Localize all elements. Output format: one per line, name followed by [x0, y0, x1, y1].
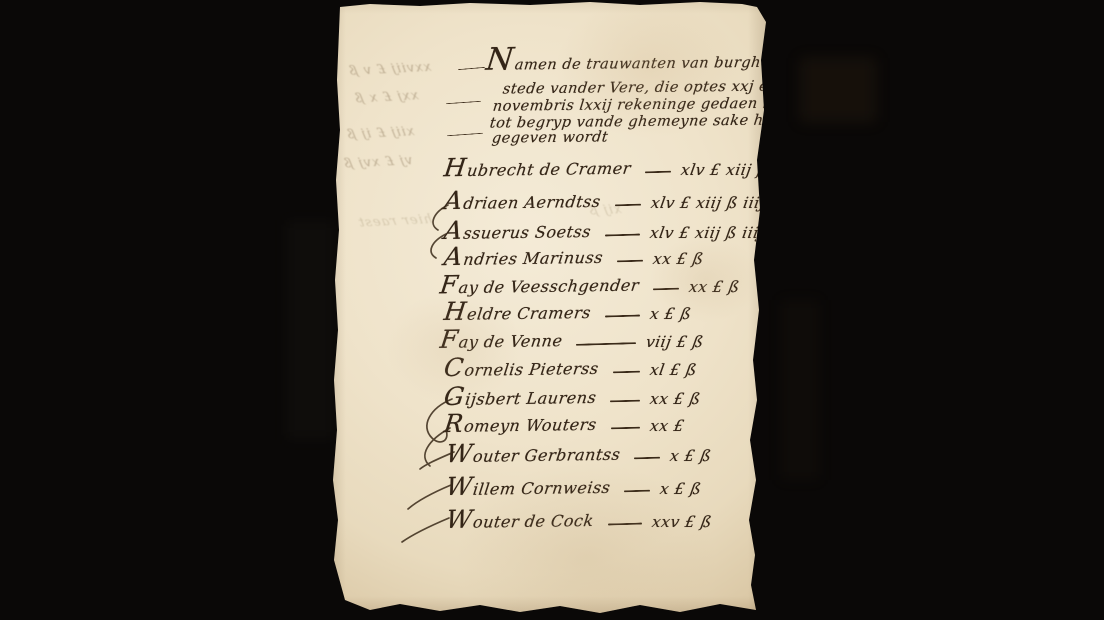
payer-name: Cornelis Pieterss [443, 359, 600, 380]
header-line: stede vander Vere, die optes xxj en [502, 79, 779, 98]
payer-name: Gijsbert Laurens [443, 388, 598, 409]
amount-value: viij £ ß [645, 333, 755, 351]
leader-line [576, 342, 636, 346]
leader-line [608, 523, 642, 526]
ledger-row: Cornelis Pieterss xl £ ß [444, 360, 757, 379]
header-line: tot begryp vande ghemeyne sake hier [489, 112, 786, 131]
payer-name: Wouter Gerbrantss [445, 445, 622, 466]
payer-name: Wouter de Cock [445, 511, 595, 532]
backdrop-artifact [800, 58, 876, 122]
header-dash-stroke [458, 67, 485, 70]
amount-value: xx £ [649, 417, 759, 435]
leader-line [605, 315, 640, 318]
ledger-row: Gijsbert Laurens xx £ ß [444, 389, 757, 408]
backdrop-artifact [780, 300, 820, 480]
header-line: novembris lxxij rekeninge gedaen hebben [492, 95, 821, 114]
header-dash-stroke [446, 101, 481, 104]
backdrop-artifact [285, 220, 335, 440]
verso-showthrough-line: xiij £ ij ß [345, 124, 416, 142]
leader-line [645, 171, 671, 174]
ledger-row: Wouter de Cock xxv £ ß [446, 512, 759, 531]
leader-line [613, 371, 640, 374]
ledger-row: Willem Cornweiss x £ ß [446, 479, 759, 498]
verso-showthrough-line: vj £ xvj ß [342, 153, 414, 172]
leader-line [615, 204, 641, 207]
amount-value: xx £ ß [649, 390, 759, 408]
amount-value: xx £ ß [651, 250, 758, 268]
payer-name: Adriaen Aerndtss [443, 192, 602, 213]
verso-showthrough-line: hier raest [357, 212, 434, 231]
verso-showthrough-line: xxviij £ v ß [347, 60, 433, 79]
payer-name: Andries Marinuss [443, 248, 605, 269]
ledger-row: Wouter Gerbrantss x £ ß [446, 446, 759, 465]
amount-value: xx £ ß [687, 278, 754, 296]
payer-name: Willem Cornweiss [445, 478, 612, 499]
leader-line [624, 490, 650, 493]
header-line: Namen de trauwanten van burghere der [485, 51, 820, 73]
payer-name: Fay de Veesschgender [439, 276, 641, 298]
amount-value: xlv £ xiij ß iiij g [649, 224, 759, 242]
payer-name: Assuerus Soetss [443, 222, 593, 243]
amount-value: xxv £ ß [651, 513, 761, 531]
ledger-row: Heldre Cramers x £ ß [444, 304, 757, 323]
amount-value: xlv £ xiij ß iiij g [649, 194, 759, 212]
payer-name: Heldre Cramers [443, 303, 592, 324]
amount-value: x £ ß [669, 447, 761, 465]
amount-value: xl £ ß [649, 361, 759, 379]
amount-value: xlv £ xiij ß iiij g [679, 161, 789, 179]
leader-line [653, 288, 679, 291]
ledger-row: Romeyn Wouters xx £ [444, 416, 757, 435]
ledger-row: Andries Marinuss xx £ ß [444, 249, 757, 268]
ledger-row: Hubrecht de Cramer xlv £ xiij ß iiij g [444, 160, 757, 179]
ledger-row: Fay de Veesschgender xx £ ß [440, 277, 753, 296]
ledger-row: Assuerus Soetss xlv £ xiij ß iiij g [444, 223, 757, 242]
payer-name: Fay de Venne [439, 331, 564, 352]
leader-line [617, 260, 643, 263]
leader-line [605, 234, 640, 237]
payer-name: Hubrecht de Cramer [443, 159, 633, 181]
leader-line [610, 400, 640, 403]
manuscript-page: xxviij £ v ß xxj £ x ß xiij £ ij ß vj £ … [330, 0, 772, 620]
ledger-row: Adriaen Aerndtss xlv £ xiij ß iiij g [444, 193, 757, 212]
leader-line [634, 457, 660, 460]
header-dash-stroke [447, 133, 483, 137]
payer-name: Romeyn Wouters [443, 415, 598, 436]
ledger-row: Fay de Venne viij £ ß [440, 332, 753, 351]
verso-showthrough-line: xxj £ x ß [353, 88, 420, 106]
amount-value: x £ ß [649, 305, 759, 323]
leader-line [611, 427, 640, 430]
amount-value: x £ ß [659, 480, 761, 498]
header-line: gegeven wordt [491, 129, 609, 146]
